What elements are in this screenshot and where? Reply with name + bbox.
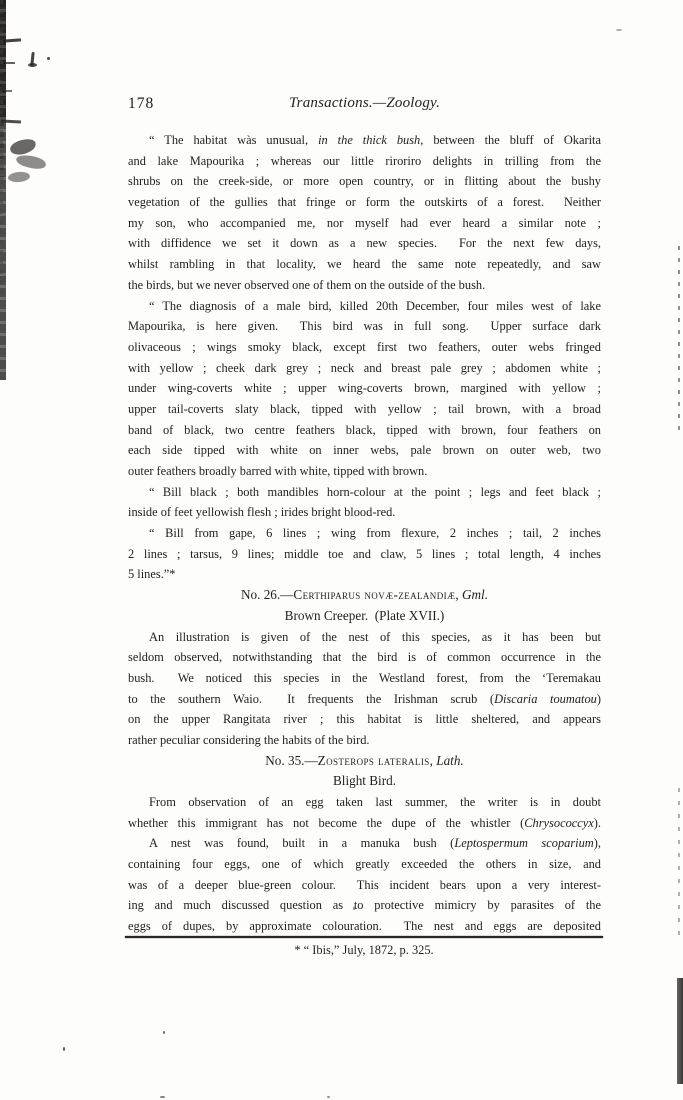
scan-binding-strip: [0, 0, 6, 380]
text-line: with yellow ; cheek dark grey ; neck and…: [128, 358, 601, 379]
text-line: A nest was found, built in a manuka bush…: [128, 833, 601, 854]
species-heading: No. 35.—Zosterops lateralis, Lath.: [128, 751, 601, 772]
text-line: 2 lines ; tarsus, 9 lines; middle toe an…: [128, 544, 601, 565]
scan-binding-strip: [0, 0, 4, 180]
paragraph: A nest was found, built in a manuka bush…: [128, 833, 601, 936]
text-line: seldom observed, notwithstanding that th…: [128, 647, 601, 668]
scan-mark: [2, 90, 12, 92]
scan-edge-dots: [678, 788, 680, 938]
ink-speck: [47, 57, 50, 60]
page-header: 178 Transactions.—Zoology.: [128, 95, 601, 113]
text-line: An illustration is given of the nest of …: [128, 627, 601, 648]
ink-speck: [616, 29, 622, 31]
section-heading: No. 26.—Certhiparus novæ-zealandiæ, Gml.…: [128, 585, 601, 626]
page-body: “ The habitat wàs unusual, in the thick …: [128, 130, 601, 937]
text-line: upper tail-coverts slaty black, tipped w…: [128, 399, 601, 420]
text-line: each side tipped with white on inner web…: [128, 440, 601, 461]
scan-edge-strip: [677, 978, 683, 1084]
text-line: 5 lines.”*: [128, 564, 601, 585]
text-line: “ The habitat wàs unusual, in the thick …: [128, 130, 601, 151]
text-line: “ Bill black ; both mandibles horn-colou…: [128, 482, 601, 503]
text-line: containing four eggs, one of which great…: [128, 854, 601, 875]
paragraph: “ The diagnosis of a male bird, killed 2…: [128, 296, 601, 482]
paragraph: An illustration is given of the nest of …: [128, 627, 601, 751]
scan-binding-strip: [0, 0, 6, 120]
species-heading: No. 26.—Certhiparus novæ-zealandiæ, Gml.: [128, 585, 601, 606]
common-name-heading: Blight Bird.: [128, 771, 601, 792]
scan-mark: [3, 62, 15, 64]
paragraph: From observation of an egg taken last su…: [128, 792, 601, 833]
text-line: to the southern Waio. It frequents the I…: [128, 689, 601, 710]
scan-mark: [1, 119, 21, 123]
ink-speck: [30, 52, 34, 66]
text-line: bush. We noticed this species in the Wes…: [128, 668, 601, 689]
text-line: “ The diagnosis of a male bird, killed 2…: [128, 296, 601, 317]
text-line: with diffidence we set it down as a new …: [128, 233, 601, 254]
text-line: ing and much discussed question as to pr…: [128, 895, 601, 916]
text-line: under wing-coverts white ; upper wing-co…: [128, 378, 601, 399]
paragraph: “ Bill from gape, 6 lines ; wing from fl…: [128, 523, 601, 585]
ink-speck: [160, 1096, 165, 1098]
running-title: Transactions.—Zoology.: [128, 95, 601, 112]
text-line: whilst rambling in that locality, we hea…: [128, 254, 601, 275]
scan-mark: [9, 137, 37, 156]
footnote-block: * “ Ibis,” July, 1872, p. 325.: [125, 936, 603, 958]
footnote-text: * “ Ibis,” July, 1872, p. 325.: [125, 943, 603, 958]
text-line: rather peculiar considering the habits o…: [128, 730, 601, 751]
text-line: olivaceous ; wings smoky black, except f…: [128, 337, 601, 358]
ink-speck: [327, 1096, 330, 1098]
common-name-heading: Brown Creeper. (Plate XVII.): [128, 606, 601, 627]
section-heading: No. 35.—Zosterops lateralis, Lath.Blight…: [128, 751, 601, 792]
scan-mark: [15, 154, 46, 170]
text-line: eggs of dupes, by approximate colouratio…: [128, 916, 601, 937]
text-line: outer feathers broadly barred with white…: [128, 461, 601, 482]
ink-speck: [163, 1031, 165, 1034]
text-line: From observation of an egg taken last su…: [128, 792, 601, 813]
scan-edge-dots: [678, 246, 680, 436]
paragraph: “ Bill black ; both mandibles horn-colou…: [128, 482, 601, 523]
text-line: “ Bill from gape, 6 lines ; wing from fl…: [128, 523, 601, 544]
text-line: was of a deeper blue-green colour. This …: [128, 875, 601, 896]
text-line: and lake Mapourika ; whereas our little …: [128, 151, 601, 172]
ink-speck: [28, 63, 37, 67]
text-line: on the upper Rangitata river ; this habi…: [128, 709, 601, 730]
text-line: the birds, but we never observed one of …: [128, 275, 601, 296]
text-line: Mapourika, is here given. This bird was …: [128, 316, 601, 337]
scan-binding-strip: [0, 0, 3, 300]
text-line: shrubs on the creek-side, or more open c…: [128, 171, 601, 192]
text-line: my son, who accompanied me, nor myself h…: [128, 213, 601, 234]
ink-speck: [63, 1047, 65, 1051]
text-line: inside of feet yellowish flesh ; irides …: [128, 502, 601, 523]
paragraph: “ The habitat wàs unusual, in the thick …: [128, 130, 601, 296]
footnote-rule: [125, 936, 603, 938]
scan-mark: [8, 171, 31, 183]
scanned-book-page: { "page": { "number": "178", "running_ti…: [0, 0, 683, 1100]
text-line: band of black, two centre feathers black…: [128, 420, 601, 441]
text-line: vegetation of the gullies that fringe or…: [128, 192, 601, 213]
text-line: whether this immigrant has not become th…: [128, 813, 601, 834]
scan-mark: [3, 38, 21, 42]
